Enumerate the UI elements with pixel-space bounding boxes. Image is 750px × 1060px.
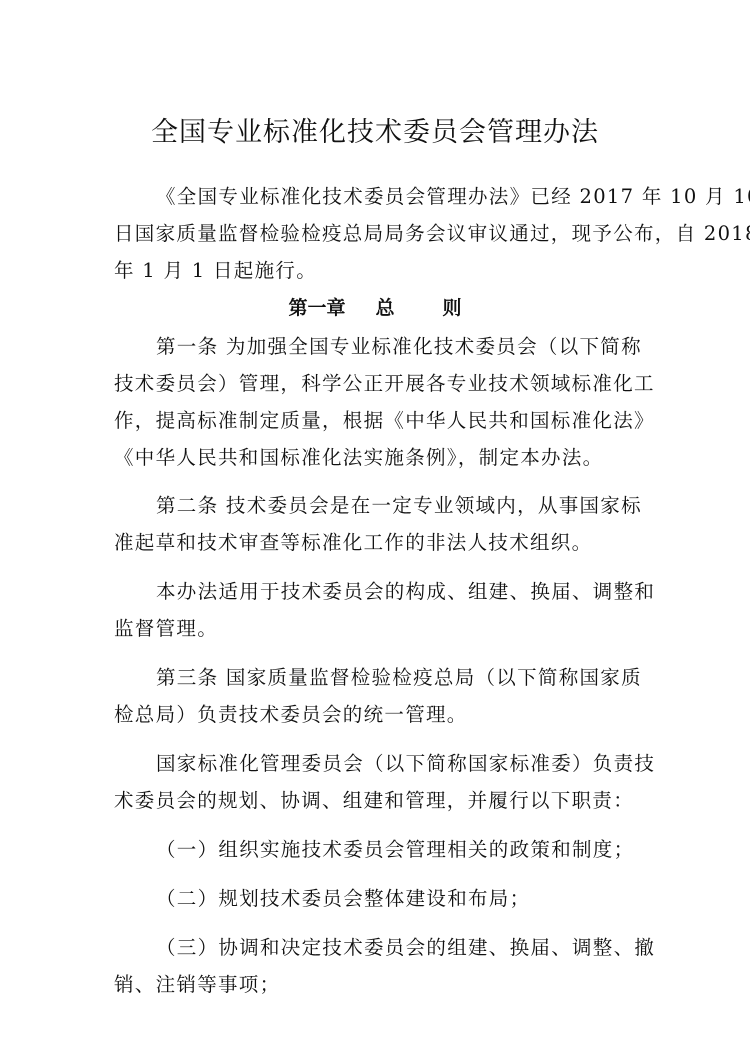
- list-item: （二）规划技术委员会整体建设和布局；: [156, 883, 644, 911]
- article-line: 本办法适用于技术委员会的构成、组建、换届、调整和: [156, 576, 644, 604]
- list-item: （三）协调和决定技术委员会的组建、换届、调整、撤: [156, 932, 644, 960]
- list-item: （一）组织实施技术委员会管理相关的政策和制度；: [156, 834, 644, 862]
- list-item: 销、注销等事项；: [114, 969, 644, 997]
- preamble-line: 年 1 月 1 日起施行。: [114, 255, 644, 283]
- article-line: 监督管理。: [114, 613, 644, 641]
- article-line: 准起草和技术审查等标准化工作的非法人技术组织。: [114, 527, 644, 555]
- article-line: 术委员会的规划、协调、组建和管理，并履行以下职责：: [114, 785, 644, 813]
- document-title: 全国专业标准化技术委员会管理办法: [0, 110, 750, 149]
- document-page: 全国专业标准化技术委员会管理办法 《全国专业标准化技术委员会管理办法》已经 20…: [0, 0, 750, 1060]
- article-line: 第一条 为加强全国专业标准化技术委员会（以下简称: [156, 331, 644, 359]
- chapter-name-part: 则: [443, 297, 462, 319]
- article-line: 国家标准化管理委员会（以下简称国家标准委）负责技: [156, 748, 644, 776]
- preamble-line: 《全国专业标准化技术委员会管理办法》已经 2017 年 10 月 10: [156, 181, 644, 209]
- article-line: 检总局）负责技术委员会的统一管理。: [114, 699, 644, 727]
- preamble-line: 日国家质量监督检验检疫总局局务会议审议通过，现予公布，自 2018: [114, 218, 644, 246]
- article-line: 作，提高标准制定质量，根据《中华人民共和国标准化法》: [114, 405, 644, 433]
- article-line: 技术委员会）管理，科学公正开展各专业技术领域标准化工: [114, 368, 644, 396]
- chapter-name-part: 总: [375, 297, 394, 319]
- chapter-heading: 第一章总则: [0, 293, 750, 320]
- chapter-number: 第一章: [288, 297, 345, 319]
- article-line: 第三条 国家质量监督检验检疫总局（以下简称国家质: [156, 662, 644, 690]
- article-line: 《中华人民共和国标准化法实施条例》，制定本办法。: [114, 442, 644, 470]
- article-line: 第二条 技术委员会是在一定专业领域内，从事国家标: [156, 490, 644, 518]
